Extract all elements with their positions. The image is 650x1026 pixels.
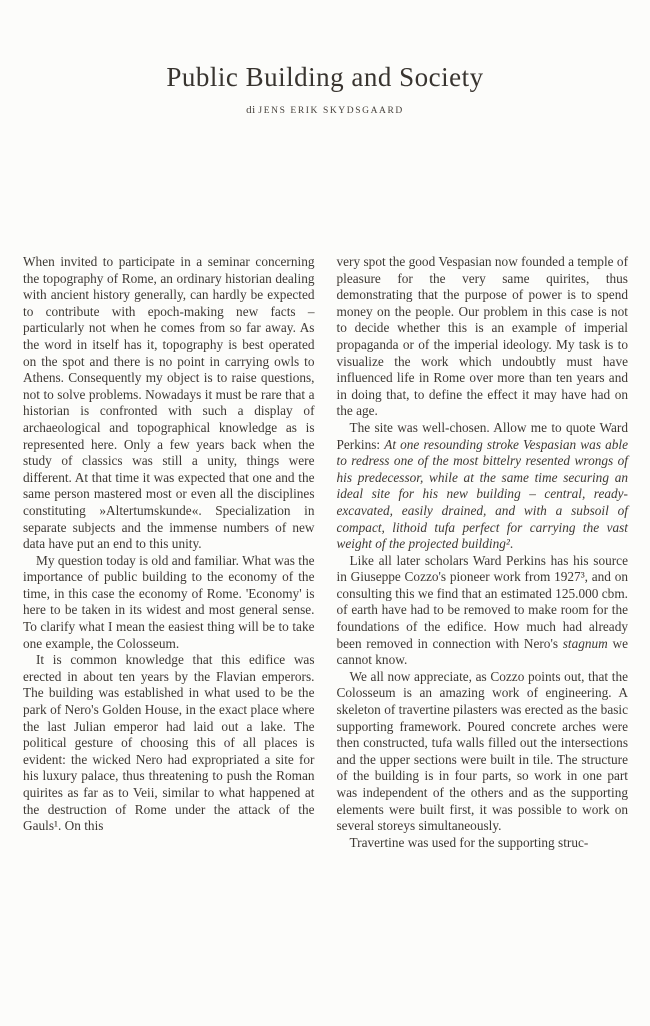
column-left: When invited to participate in a seminar…	[23, 254, 315, 851]
text-columns: When invited to participate in a seminar…	[23, 254, 628, 851]
italic-text-run: At one resounding stroke Vespasian was a…	[337, 437, 629, 552]
text-run: It is common knowledge that this edifice…	[23, 652, 315, 833]
text-run: We all now appreciate, as Cozzo points o…	[337, 669, 629, 833]
paragraph: Travertine was used for the supporting s…	[337, 835, 629, 852]
byline-prefix: di	[246, 104, 256, 116]
text-run: Travertine was used for the supporting s…	[350, 835, 589, 850]
byline: di JENS ERIK SKYDSGAARD	[0, 104, 650, 116]
article-header: Public Building and Society di JENS ERIK…	[0, 0, 650, 116]
text-run: .	[510, 536, 513, 551]
document-page: Public Building and Society di JENS ERIK…	[0, 0, 650, 1026]
paragraph: When invited to participate in a seminar…	[23, 254, 315, 553]
byline-author: JENS ERIK SKYDSGAARD	[258, 106, 404, 116]
italic-text-run: stagnum	[563, 636, 608, 651]
paragraph: The site was well-chosen. Allow me to qu…	[337, 420, 629, 553]
paragraph: We all now appreciate, as Cozzo points o…	[337, 669, 629, 835]
column-right: very spot the good Vespasian now founded…	[337, 254, 629, 851]
text-run: My question today is old and familiar. W…	[23, 553, 315, 651]
page-title: Public Building and Society	[0, 62, 650, 93]
paragraph: Like all later scholars Ward Perkins has…	[337, 553, 629, 669]
paragraph: It is common knowledge that this edifice…	[23, 652, 315, 835]
text-run: very spot the good Vespasian now founded…	[337, 254, 629, 418]
paragraph: My question today is old and familiar. W…	[23, 553, 315, 653]
paragraph: very spot the good Vespasian now founded…	[337, 254, 629, 420]
text-run: When invited to participate in a seminar…	[23, 254, 315, 551]
